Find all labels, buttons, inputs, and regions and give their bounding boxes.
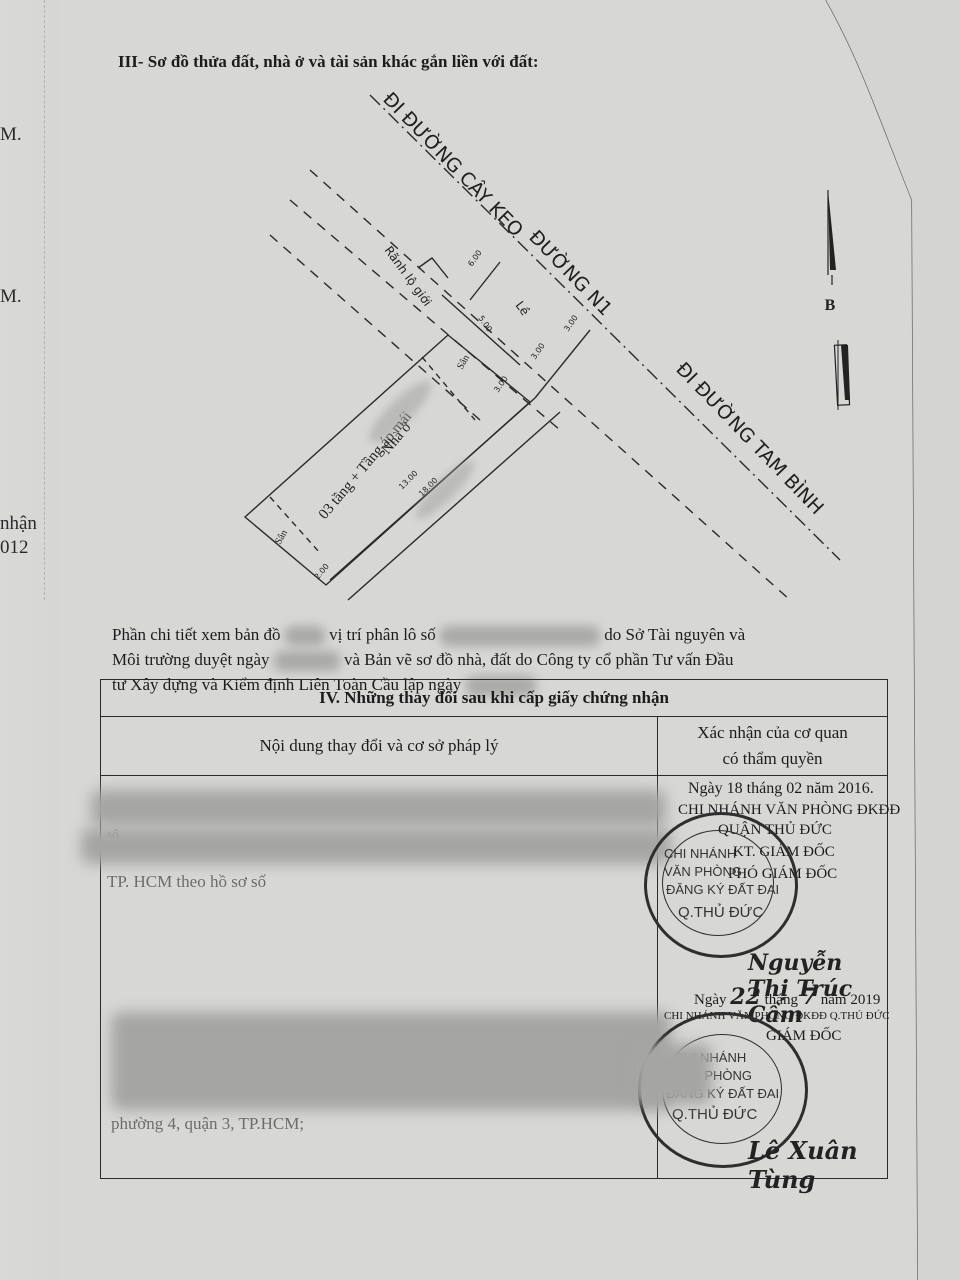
- stamp-text: CHI NHÁNH: [664, 846, 736, 861]
- stamp-text: ĐĂNG KÝ ĐẤT ĐAI: [666, 882, 779, 897]
- description-text: do Sở Tài nguyên và: [604, 625, 745, 644]
- stamp-text: VĂN PHÒNG: [664, 864, 742, 879]
- confirmation-date: Ngày 18 tháng 02 năm 2016.: [688, 780, 874, 798]
- column-header-confirmation: Xác nhận của cơ quan có thẩm quyền: [658, 717, 888, 776]
- svg-text:3.00: 3.00: [562, 313, 580, 333]
- svg-text:2.00: 2.00: [313, 562, 331, 581]
- plot-diagram: B ĐI ĐƯỜNG CÂY KEO ĐƯỜNG N1 ĐI ĐƯỜNG TAM…: [0, 0, 960, 620]
- changes-table: IV. Những thay đổi sau khi cấp giấy chứn…: [100, 679, 888, 1179]
- svg-text:ĐI ĐƯỜNG TAM BÌNH: ĐI ĐƯỜNG TAM BÌNH: [671, 357, 829, 519]
- svg-text:13.00: 13.00: [397, 469, 420, 492]
- redacted-region: [632, 1044, 712, 1104]
- svg-text:Lề: Lề: [513, 299, 533, 319]
- svg-text:3.00: 3.00: [529, 341, 547, 361]
- content-fragment: TP. HCM theo hồ sơ số: [107, 872, 266, 892]
- confirmation-date: Ngày 22 tháng 7 năm 2019: [694, 984, 880, 1010]
- change-content-cell: số TP. HCM theo hồ sơ số phường 4, quận …: [101, 776, 658, 1179]
- date-month: 7: [802, 984, 817, 1010]
- column-header-line: Xác nhận của cơ quan: [662, 723, 883, 743]
- svg-text:Rãnh lộ giới: Rãnh lộ giới: [382, 244, 435, 309]
- date-day: 22: [730, 984, 761, 1010]
- date-label: tháng: [765, 992, 798, 1008]
- description-text: và Bản vẽ sơ đồ nhà, đất do Công ty cổ p…: [344, 650, 733, 669]
- certificate-page: III- Sơ đồ thửa đất, nhà ở và tài sản kh…: [0, 0, 960, 1280]
- content-fragment: phường 4, quận 3, TP.HCM;: [111, 1114, 304, 1134]
- svg-text:ĐƯỜNG N1: ĐƯỜNG N1: [524, 225, 617, 321]
- svg-text:Sân: Sân: [455, 353, 472, 371]
- redacted-region: [111, 1012, 671, 1110]
- date-year: năm 2019: [821, 992, 881, 1008]
- svg-text:6.00: 6.00: [466, 248, 484, 268]
- column-header-line: có thẩm quyền: [662, 749, 883, 769]
- signer-name: Lê Xuân Tùng: [748, 1136, 887, 1194]
- redacted-region: [285, 626, 325, 646]
- section-4-title: IV. Những thay đổi sau khi cấp giấy chứn…: [101, 680, 888, 717]
- redacted-region: [440, 626, 600, 646]
- column-header-content: Nội dung thay đổi và cơ sở pháp lý: [101, 717, 658, 776]
- date-label: Ngày: [694, 992, 727, 1008]
- svg-text:5.00: 5.00: [476, 314, 494, 334]
- redacted-region: [81, 828, 671, 864]
- svg-text:Sân: Sân: [273, 528, 290, 546]
- description-text: Phần chi tiết xem bản đồ: [112, 625, 281, 644]
- description-text: vị trí phân lô số: [329, 625, 436, 644]
- confirmation-cell: Ngày 18 tháng 02 năm 2016. CHI NHÁNH VĂN…: [658, 776, 888, 1179]
- description-text: Môi trường duyệt ngày: [112, 650, 270, 669]
- redacted-region: [91, 790, 666, 826]
- svg-text:B: B: [825, 297, 836, 314]
- stamp-text: Q.THỦ ĐỨC: [678, 904, 763, 921]
- redacted-region: [274, 651, 340, 671]
- svg-text:ĐI ĐƯỜNG CÂY KEO: ĐI ĐƯỜNG CÂY KEO: [378, 87, 528, 241]
- stamp-text: Q.THỦ ĐỨC: [672, 1106, 757, 1123]
